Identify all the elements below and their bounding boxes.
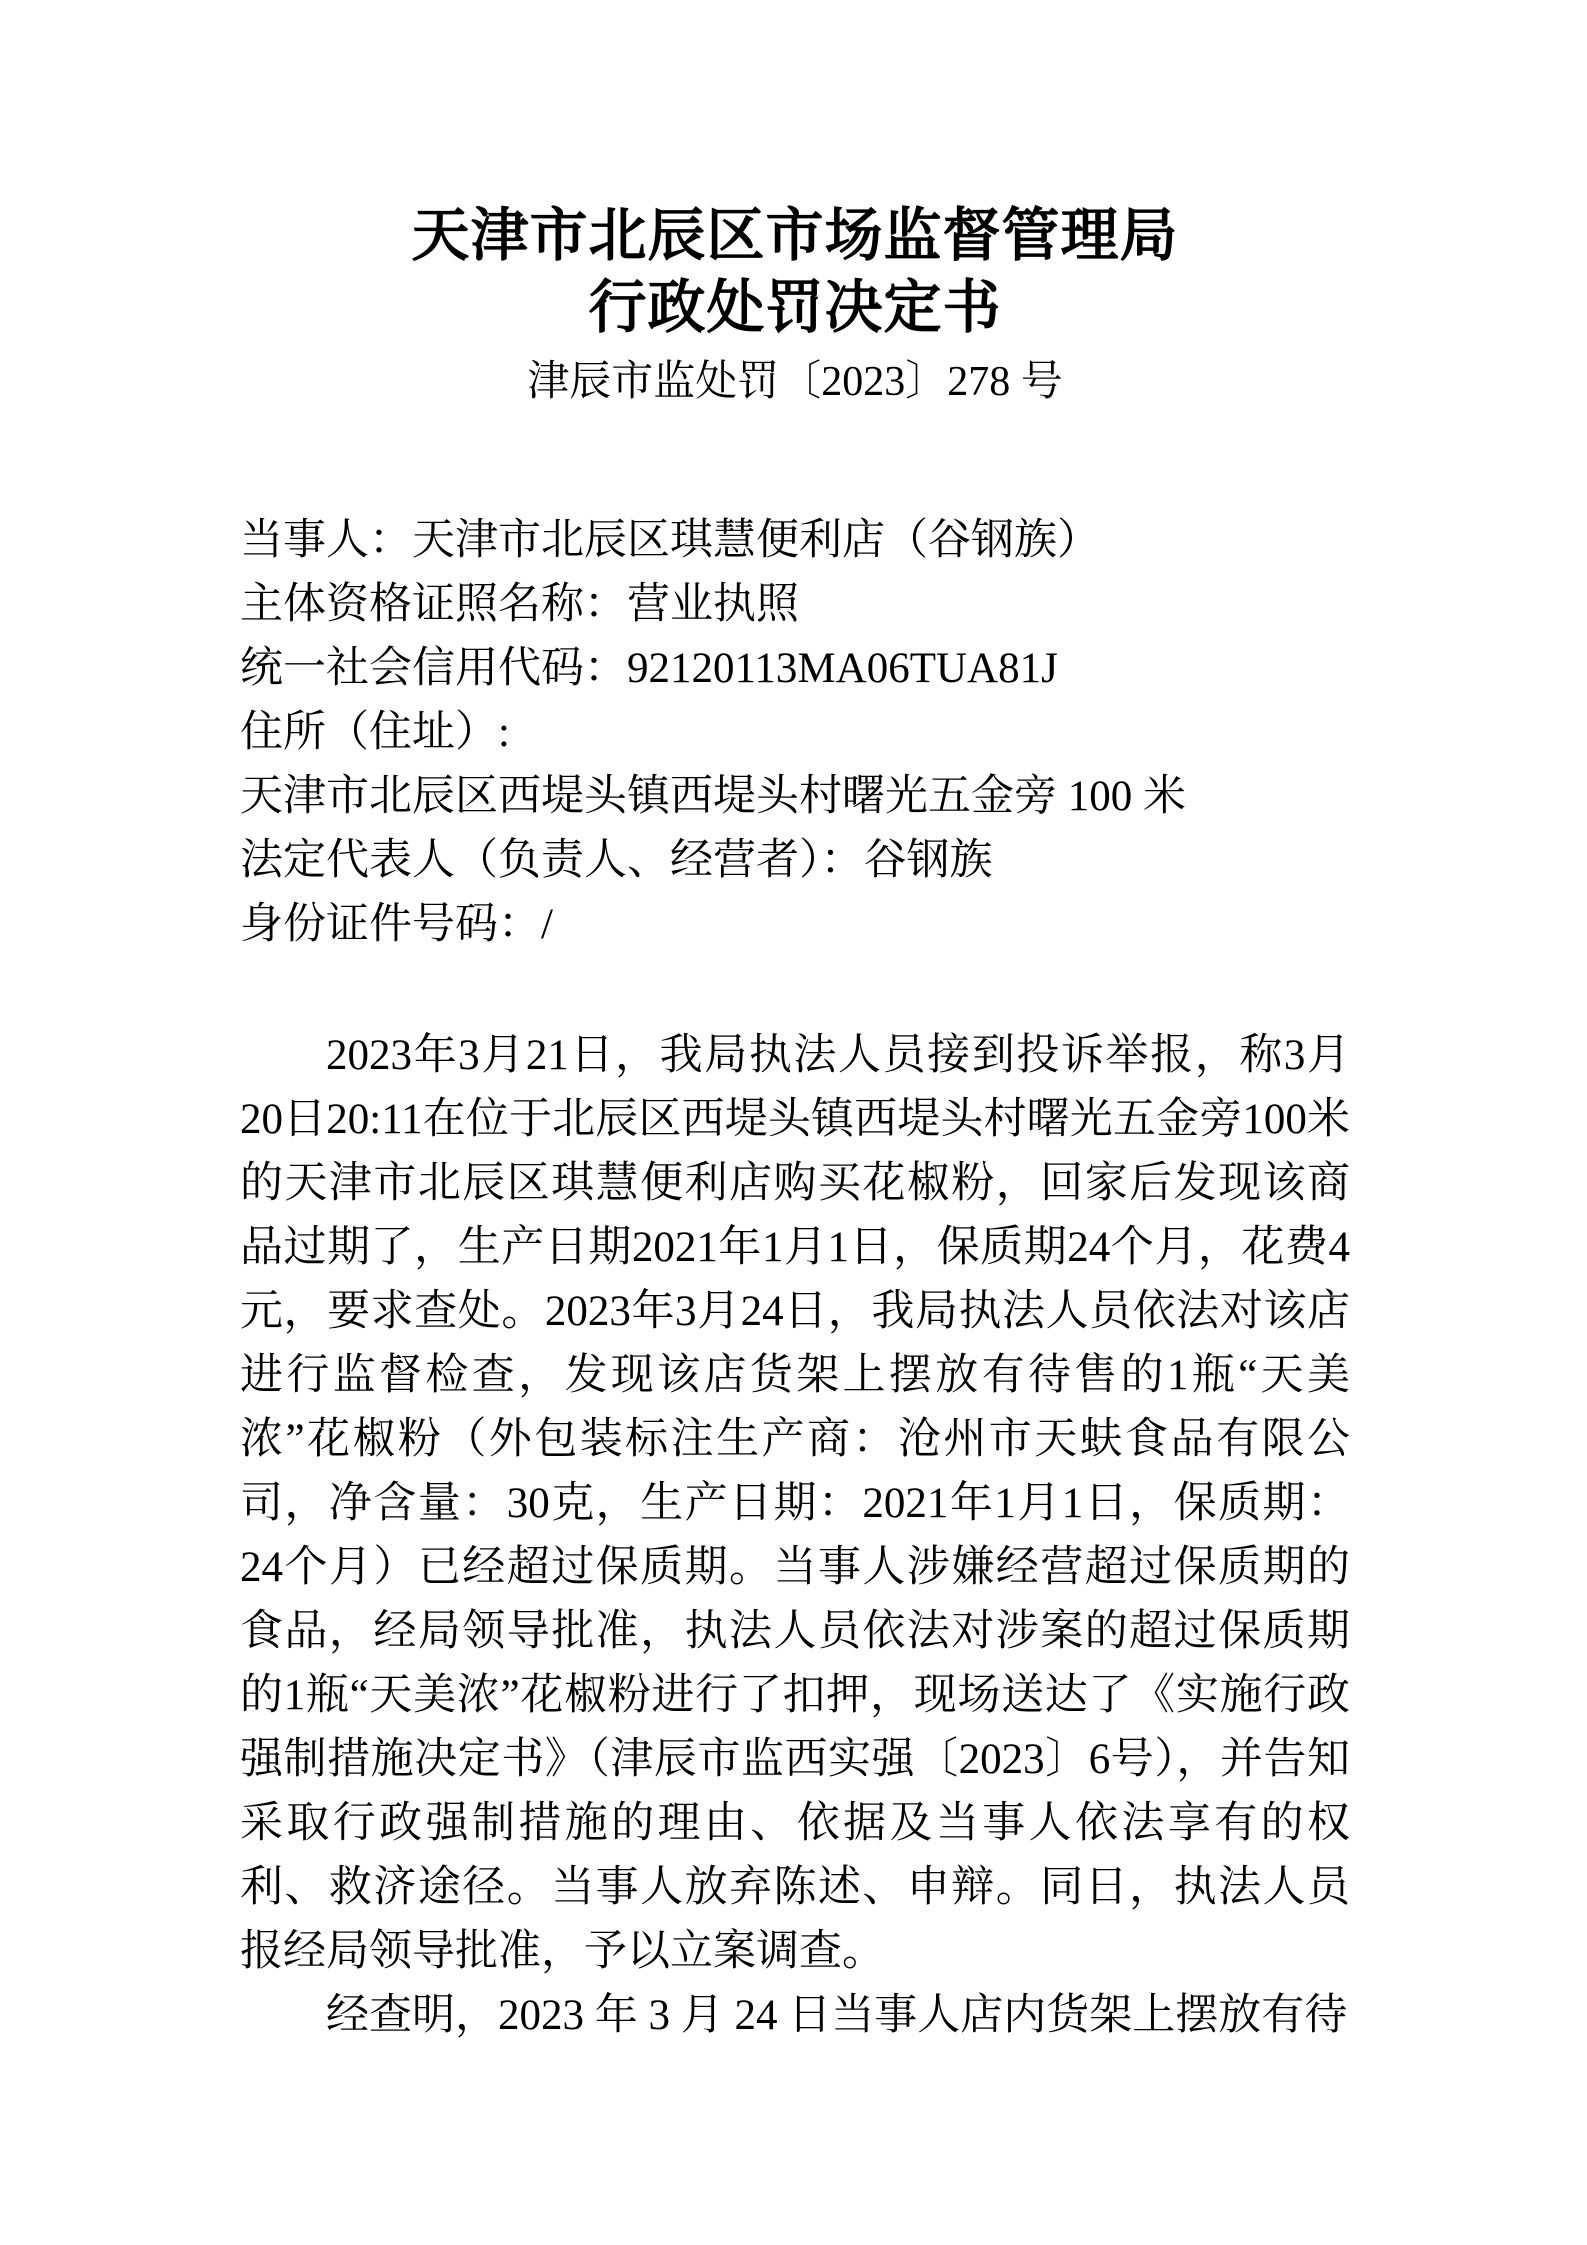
document-number: 津辰市监处罚〔2023〕278 号 <box>240 350 1350 414</box>
license-type-line: 主体资格证照名称：营业执照 <box>240 573 1350 637</box>
address-value-line: 天津市北辰区西堤头镇西堤头村曙光五金旁 100 米 <box>240 765 1350 829</box>
document-body: 2023年3月21日，我局执法人员接到投诉举报，称3月20日20:11在位于北辰… <box>240 1024 1350 2048</box>
document-title: 天津市北辰区市场监督管理局 行政处罚决定书 <box>240 200 1350 344</box>
document-title-line-2: 行政处罚决定书 <box>240 272 1350 344</box>
address-label-line: 住所（住址）: <box>240 701 1350 765</box>
party-info-section: 当事人：天津市北辰区琪慧便利店（谷钢族） 主体资格证照名称：营业执照 统一社会信… <box>240 509 1350 957</box>
body-paragraph-1: 2023年3月21日，我局执法人员接到投诉举报，称3月20日20:11在位于北辰… <box>240 1024 1350 1984</box>
legal-representative-line: 法定代表人（负责人、经营者）：谷钢族 <box>240 829 1350 893</box>
credit-code-line: 统一社会信用代码：92120113MA06TUA81J <box>240 637 1350 701</box>
body-paragraph-2: 经查明，2023 年 3 月 24 日当事人店内货架上摆放有待 <box>240 1984 1350 2048</box>
party-name-line: 当事人：天津市北辰区琪慧便利店（谷钢族） <box>240 509 1350 573</box>
document-title-line-1: 天津市北辰区市场监督管理局 <box>240 200 1350 272</box>
id-number-line: 身份证件号码：/ <box>240 893 1350 957</box>
document-page: 天津市北辰区市场监督管理局 行政处罚决定书 津辰市监处罚〔2023〕278 号 … <box>0 0 1587 2245</box>
